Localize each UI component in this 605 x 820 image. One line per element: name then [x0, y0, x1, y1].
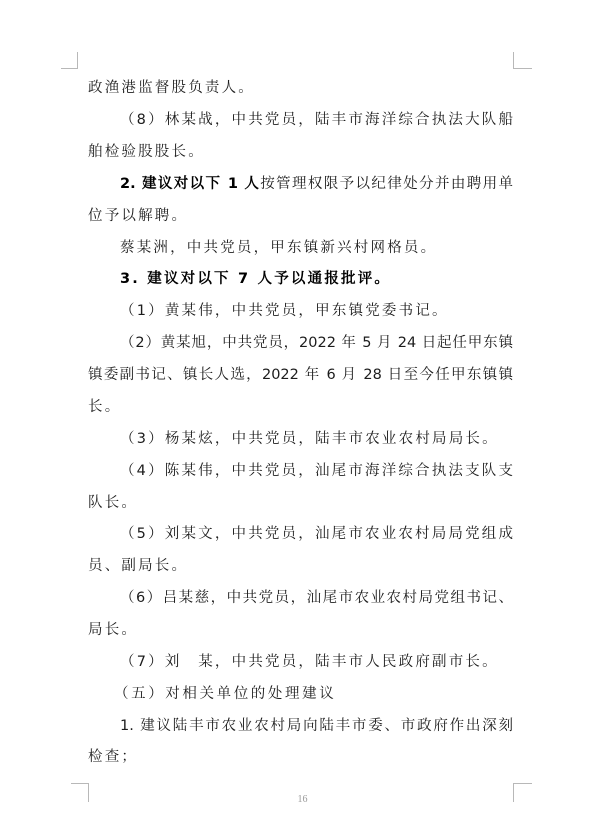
text-line: 1. 建议陆丰市农业农村局向陆丰市委、市政府作出深刻: [120, 710, 513, 742]
list-item: （2）黄某旭，中共党员，2022 年 5 月 24 日起任甲东镇: [120, 327, 513, 359]
section-heading: 3. 建议对以下 7 人予以通报批评。: [120, 263, 391, 295]
crop-mark-top-right: [513, 52, 532, 69]
document-page: 政渔港监督股负责人。 （8）林某战，中共党员，陆丰市海洋综合执法大队船 舶检验股…: [0, 0, 605, 820]
list-item: （4）陈某伟，中共党员，汕尾市海洋综合执法支队支: [120, 455, 513, 487]
list-item: （1）黄某伟，中共党员，甲东镇党委书记。: [120, 295, 449, 327]
list-item: （5）刘某文，中共党员，汕尾市农业农村局局党组成: [120, 518, 513, 550]
text-line: 2. 建议对以下 1 人按管理权限予以纪律处分并由聘用单: [120, 168, 513, 200]
list-item: （3）杨某炫，中共党员，陆丰市农业农村局局长。: [120, 423, 499, 455]
text-line: （8）林某战，中共党员，陆丰市海洋综合执法大队船: [120, 104, 513, 136]
list-item: （7）刘 某，中共党员，陆丰市人民政府副市长。: [120, 646, 499, 678]
text-line: 队长。: [88, 487, 138, 519]
list-item: （6）吕某慈，中共党员，汕尾市农业农村局党组书记、: [120, 582, 513, 614]
text-line: 局长。: [88, 614, 138, 646]
text-run: 按管理权限予以纪律处分并由聘用单: [260, 176, 513, 192]
subsection-heading: （五）对相关单位的处理建议: [114, 678, 336, 710]
text-line: 政渔港监督股负责人。: [88, 72, 255, 104]
text-line: 长。: [88, 391, 121, 423]
page-number: 16: [0, 794, 605, 805]
crop-mark-top-left: [61, 52, 78, 69]
text-line: 舶检验股股长。: [88, 136, 205, 168]
text-line: 位予以解聘。: [88, 200, 188, 232]
text-line: 镇委副书记、镇长人选，2022 年 6 月 28 日至今任甲东镇镇: [88, 359, 513, 391]
text-line: 检查；: [88, 741, 138, 773]
bold-heading-run: 2. 建议对以下 1 人: [120, 176, 260, 192]
text-line: 员、副局长。: [88, 550, 188, 582]
text-line: 蔡某洲，中共党员，甲东镇新兴村网格员。: [120, 232, 437, 264]
